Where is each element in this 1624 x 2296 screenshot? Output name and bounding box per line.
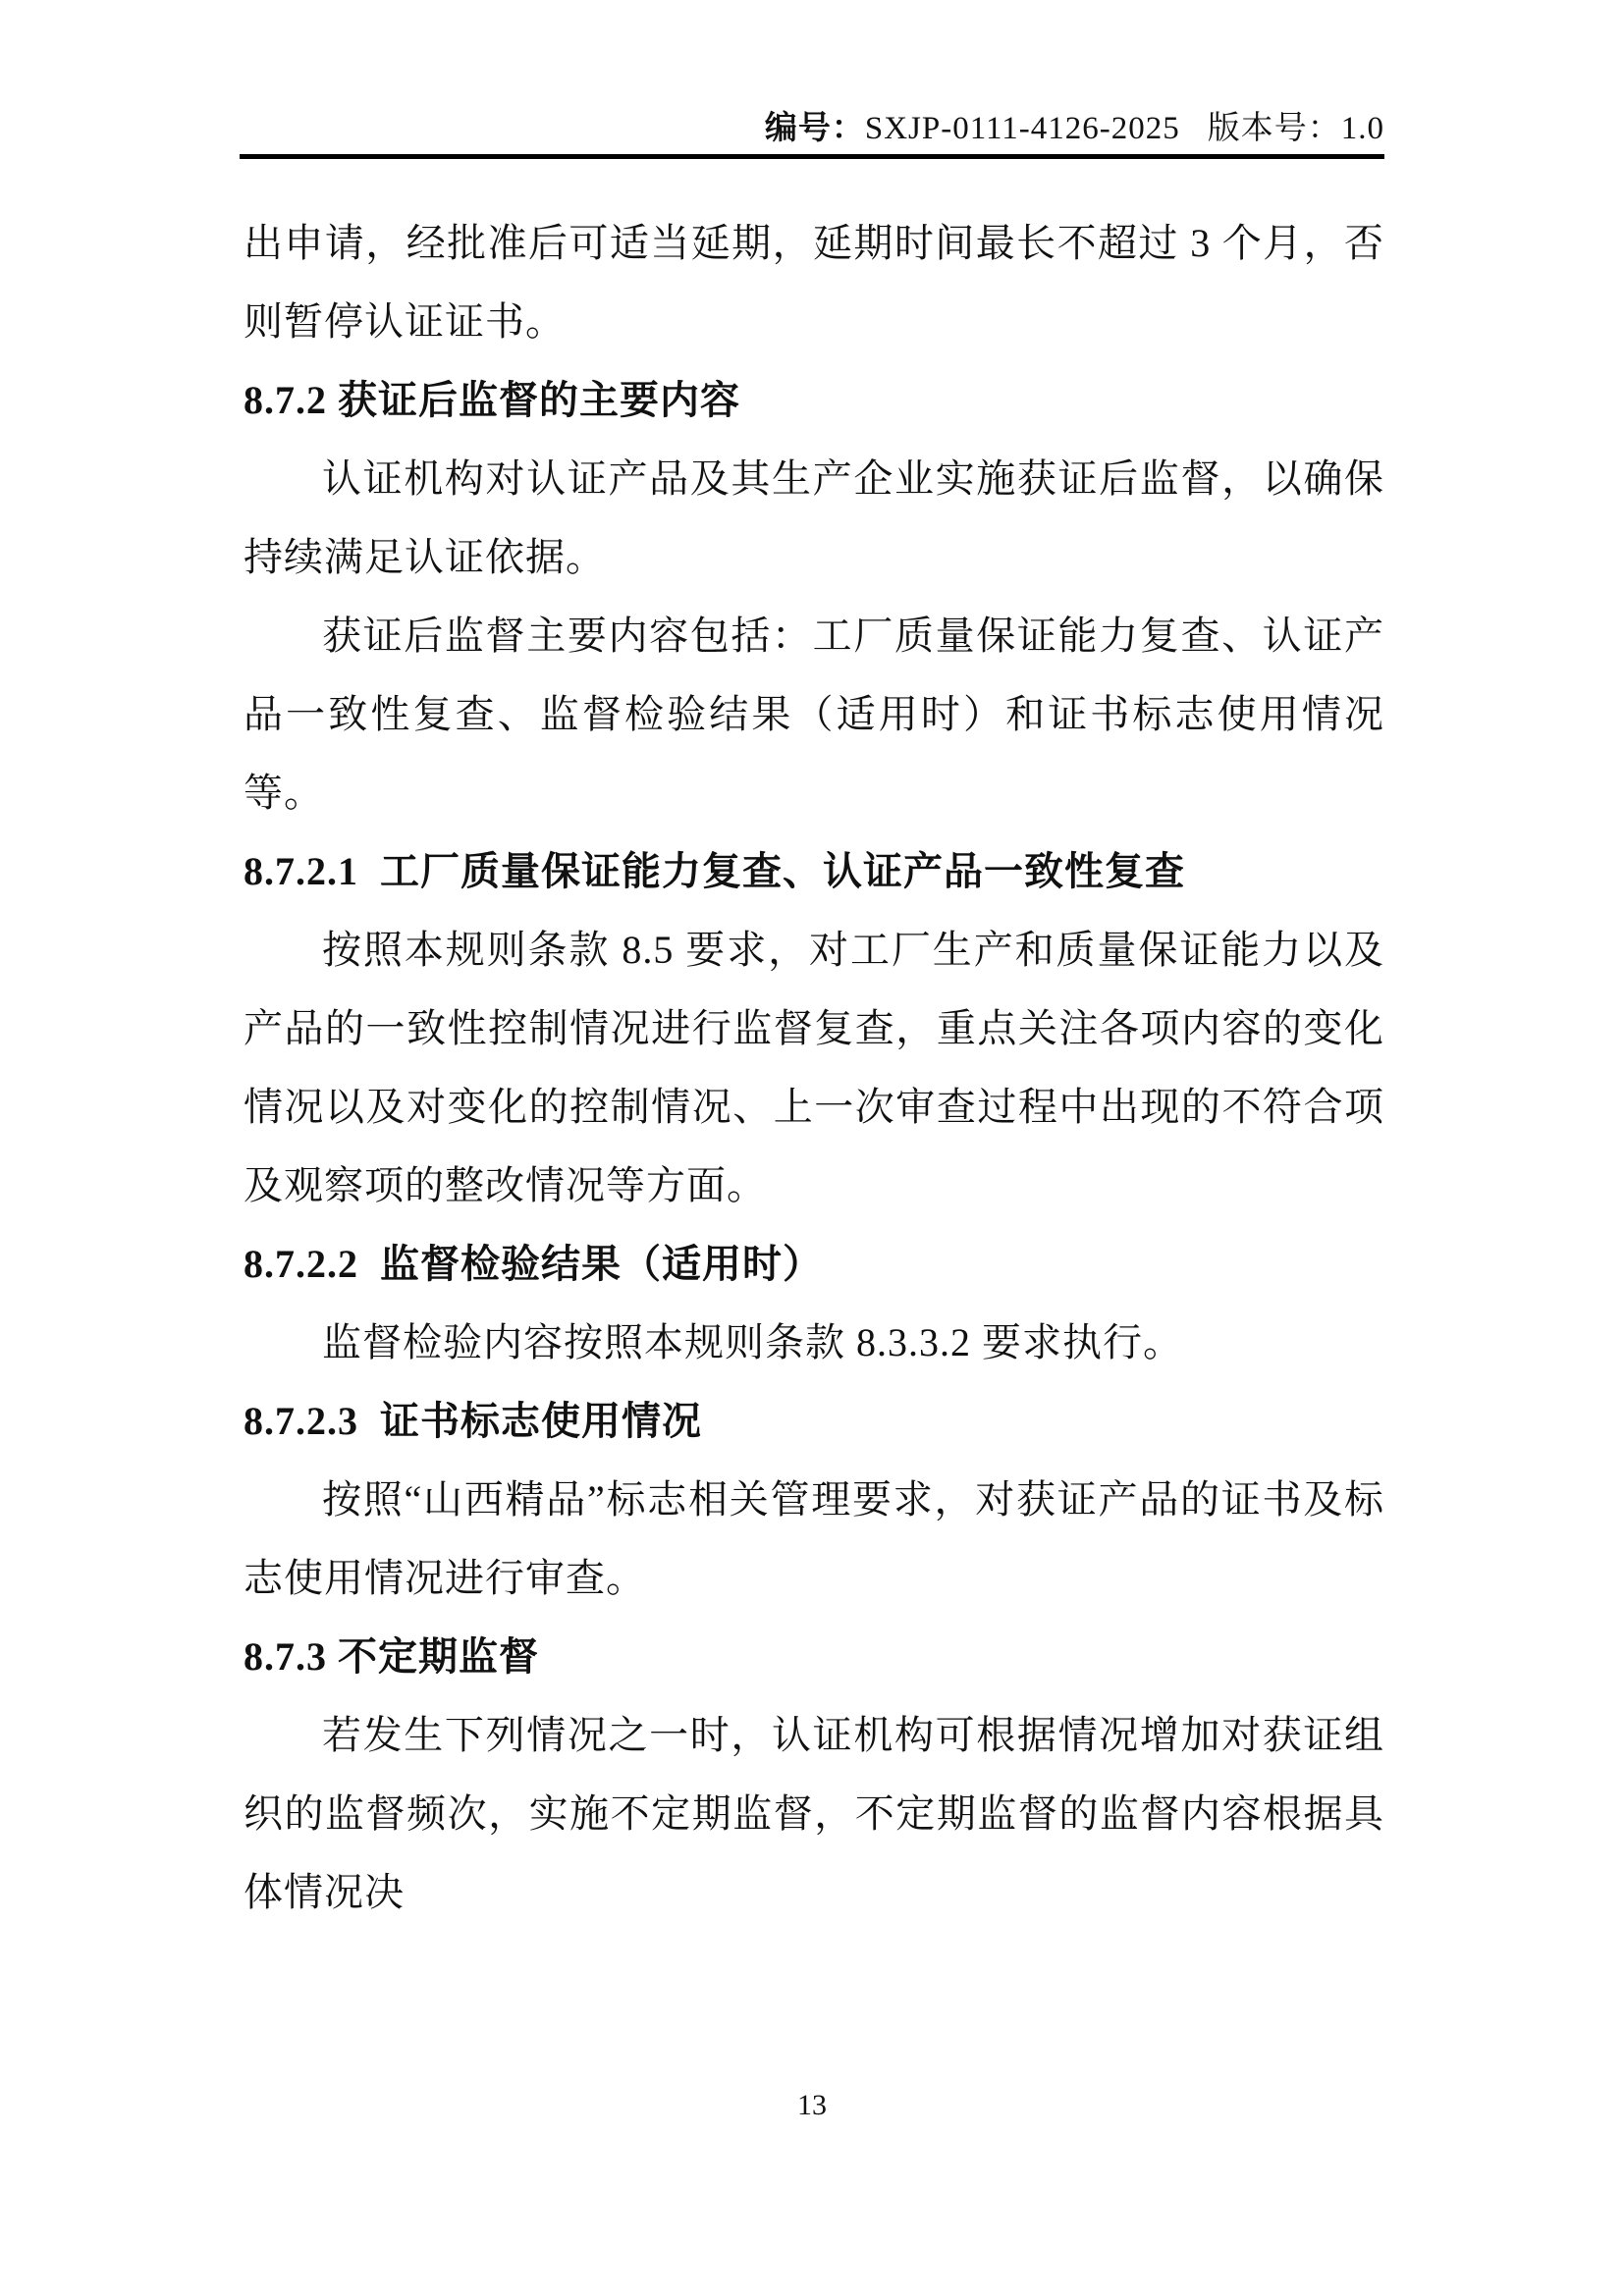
section-heading-8-7-3: 8.7.3 不定期监督: [244, 1618, 1384, 1696]
paragraph: 监督检验内容按照本规则条款 8.3.3.2 要求执行。: [244, 1304, 1384, 1382]
doc-version-value: 1.0: [1341, 111, 1384, 146]
doc-version-label: 版本号：: [1208, 111, 1341, 146]
paragraph: 按照本规则条款 8.5 要求，对工厂生产和质量保证能力以及产品的一致性控制情况进…: [244, 911, 1384, 1225]
paragraph-continuation: 出申请，经批准后可适当延期，延期时间最长不超过 3 个月，否则暂停认证证书。: [244, 204, 1384, 361]
document-body: 出申请，经批准后可适当延期，延期时间最长不超过 3 个月，否则暂停认证证书。 8…: [244, 204, 1384, 1932]
doc-number-label: 编号：: [765, 111, 865, 146]
paragraph: 获证后监督主要内容包括：工厂质量保证能力复查、认证产品一致性复查、监督检验结果（…: [244, 597, 1384, 832]
doc-number-value: SXJP-0111-4126-2025: [865, 111, 1180, 146]
section-heading-8-7-2-2: 8.7.2.2 监督检验结果（适用时）: [244, 1225, 1384, 1304]
paragraph: 按照“山西精品”标志相关管理要求，对获证产品的证书及标志使用情况进行审查。: [244, 1461, 1384, 1618]
section-heading-8-7-2-3: 8.7.2.3 证书标志使用情况: [244, 1382, 1384, 1461]
paragraph: 若发生下列情况之一时，认证机构可根据情况增加对获证组织的监督频次，实施不定期监督…: [244, 1696, 1384, 1932]
paragraph: 认证机构对认证产品及其生产企业实施获证后监督，以确保持续满足认证依据。: [244, 440, 1384, 597]
document-page: 编号：SXJP-0111-4126-2025版本号：1.0 出申请，经批准后可适…: [0, 0, 1624, 2296]
page-number: 13: [797, 2089, 827, 2121]
section-heading-8-7-2-1: 8.7.2.1 工厂质量保证能力复查、认证产品一致性复查: [244, 832, 1384, 911]
document-header: 编号：SXJP-0111-4126-2025版本号：1.0: [240, 108, 1384, 149]
page-footer: 13: [0, 2086, 1624, 2125]
section-heading-8-7-2: 8.7.2 获证后监督的主要内容: [244, 361, 1384, 440]
header-rule: [240, 154, 1384, 159]
